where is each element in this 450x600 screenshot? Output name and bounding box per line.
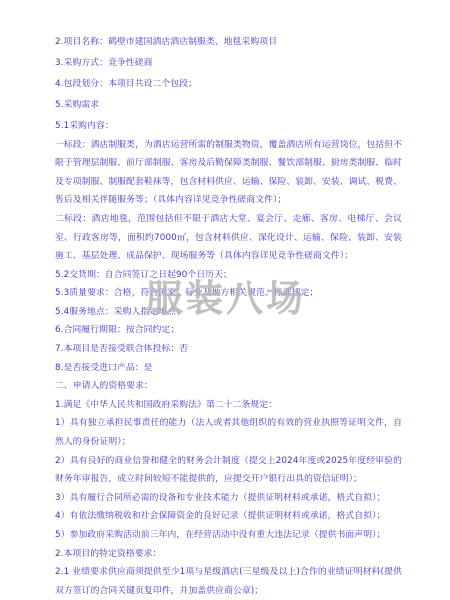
paragraph: 2.项目名称：鹤壁市建国酒店酒店制服类、地毯采购项目	[55, 33, 402, 52]
paragraph: 4.包段划分：本项目共设二个包段；	[55, 75, 402, 94]
paragraph: 8.是否接受进口产品：是	[55, 359, 402, 378]
paragraph: 5.4服务地点：采购人指定地点；	[55, 303, 402, 322]
paragraph: 1）具有独立承担民事责任的能力（法人或者其他组织的有效的营业执照等证明文件，自然…	[55, 414, 402, 451]
paragraph: 1.满足《中华人民共和国政府采购法》第二十二条规定：	[55, 396, 402, 415]
paragraph: 7.本项目是否接受联合体投标：否	[55, 340, 402, 359]
paragraph: 3.采购方式：竞争性磋商	[55, 54, 402, 73]
paragraph: 二、申请人的资格要求：	[55, 377, 402, 396]
document-page: 2.项目名称：鹤壁市建国酒店酒店制服类、地毯采购项目3.采购方式：竞争性磋商4.…	[0, 0, 450, 600]
paragraph: 5.2交货期：自合同签订之日起90个日历天；	[55, 266, 402, 285]
paragraph: 2.1 业绩要求供应商须提供至少1项与星级酒店(三星级及以上)合作的业绩证明材料…	[55, 563, 402, 600]
paragraph: 5.3质量要求：合格，符合国家、行业及地方相关规范、标准规定；	[55, 284, 402, 303]
paragraph: 5.采购需求	[55, 96, 402, 115]
paragraph: 5）参加政府采购活动前三年内，在经营活动中没有重大违法记录（提供书面声明）；	[55, 526, 402, 545]
paragraph: 一标段：酒店制服类，为酒店运营所需的制服类物资，覆盖酒店所有运营岗位，包括但不限…	[55, 136, 402, 210]
paragraph: 4）有依法缴纳税收和社会保障资金的良好记录（提供证明材料或承诺，格式自拟）；	[55, 507, 402, 526]
paragraph: 2.本项目的特定资格要求：	[55, 545, 402, 564]
document-body: 2.项目名称：鹤壁市建国酒店酒店制服类、地毯采购项目3.采购方式：竞争性磋商4.…	[55, 33, 402, 600]
paragraph: 5.1采购内容：	[55, 117, 402, 136]
paragraph: 6.合同履行期限：按合同约定；	[55, 321, 402, 340]
paragraph: 3）具有履行合同所必需的设备和专业技术能力（提供证明材料或承诺，格式自拟）；	[55, 489, 402, 508]
paragraph: 2）具有良好的商业信誉和健全的财务会计制度（提交上2024年度或2025年度经审…	[55, 452, 402, 489]
paragraph: 二标段：酒店地毯，范围包括但不限于酒店大堂、宴会厅、走廊、客房、电梯厅、会议室、…	[55, 210, 402, 266]
